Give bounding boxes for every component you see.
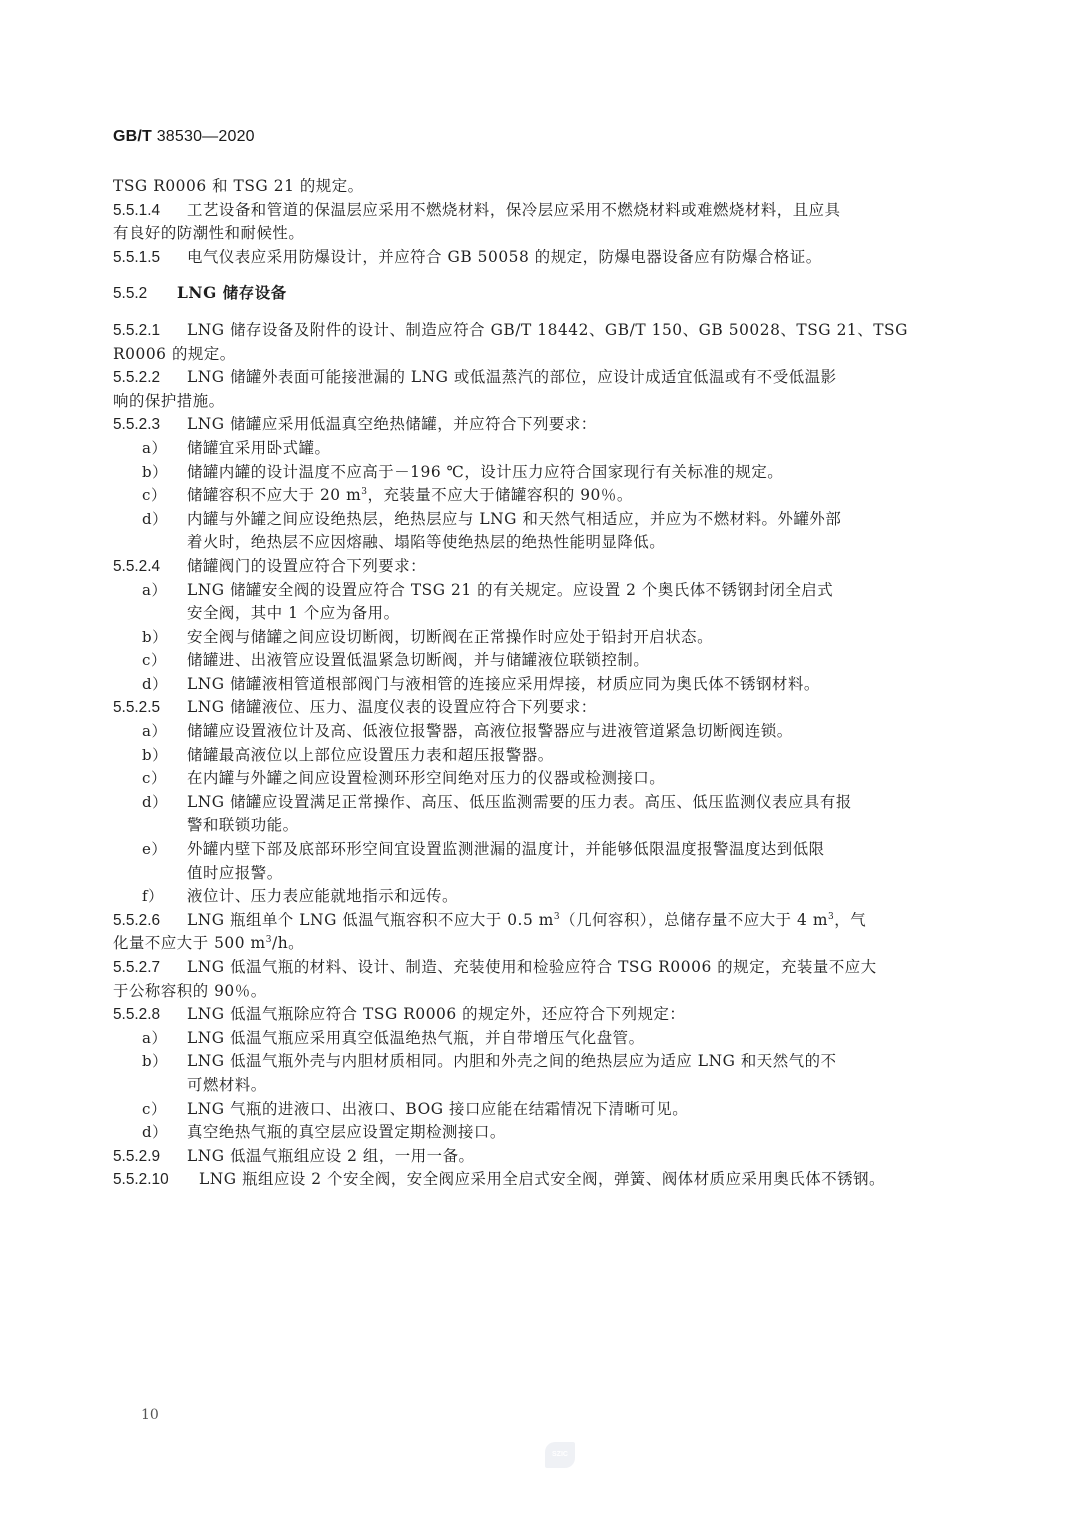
item-label: c） — [142, 649, 187, 673]
clause-5-5-2-8: 5.5.2.8LNG 低温气瓶除应符合 TSG R0006 的规定外，还应符合下… — [113, 1003, 953, 1027]
list-item-c: c）LNG 气瓶的进液口、出液口、BOG 接口应能在结霜情况下清晰可见。 — [113, 1098, 953, 1122]
clause-number: 5.5.2.4 — [113, 555, 187, 579]
item-text: 在内罐与外罐之间应设置检测环形空间绝对压力的仪器或检测接口。 — [187, 769, 665, 787]
item-text: 储罐容积不应大于 20 m — [187, 486, 361, 504]
item-text: LNG 低温气瓶应采用真空低温绝热气瓶，并自带增压气化盘管。 — [187, 1029, 645, 1047]
list-item-b: b）储罐最高液位以上部位应设置压力表和超压报警器。 — [113, 744, 953, 768]
clause-continuation: R0006 的规定。 — [113, 343, 953, 367]
item-label: a） — [142, 579, 187, 603]
standard-number: 38530—2020 — [157, 128, 255, 145]
item-label: b） — [142, 461, 187, 485]
item-label: e） — [142, 838, 187, 862]
item-label: b） — [142, 1050, 187, 1074]
clause-text: LNG 储罐外表面可能接泄漏的 LNG 或低温蒸汽的部位，应设计成适宜低温或有不… — [187, 368, 837, 386]
item-text: LNG 储罐安全阀的设置应符合 TSG 21 的有关规定。应设置 2 个奥氏体不… — [187, 581, 833, 599]
item-label: c） — [142, 484, 187, 508]
clause-number: 5.5.2.7 — [113, 956, 187, 980]
item-text: LNG 低温气瓶外壳与内胆材质相同。内胆和外壳之间的绝热层应为适应 LNG 和天… — [187, 1052, 837, 1070]
item-text: 内罐与外罐之间应设绝热层，绝热层应与 LNG 和天然气相适应，并应为不燃材料。外… — [187, 510, 841, 528]
watermark-logo-icon: SZIC — [545, 1442, 575, 1468]
clause-continuation: 响的保护措施。 — [113, 390, 953, 414]
clause-5-5-2-5: 5.5.2.5LNG 储罐液位、压力、温度仪表的设置应符合下列要求： — [113, 696, 953, 720]
clause-text: LNG 低温气瓶的材料、设计、制造、充装使用和检验应符合 TSG R0006 的… — [187, 958, 877, 976]
clause-5-5-1-4: 5.5.1.4工艺设备和管道的保温层应采用不燃烧材料，保冷层应采用不燃烧材料或难… — [113, 199, 953, 223]
section-number: 5.5.2 — [113, 282, 177, 306]
list-item-f: f）液位计、压力表应能就地指示和远传。 — [113, 885, 953, 909]
section-title: LNG 储存设备 — [177, 284, 287, 302]
clause-number: 5.5.1.5 — [113, 246, 187, 270]
item-label: b） — [142, 744, 187, 768]
clause-5-5-2-6: 5.5.2.6LNG 瓶组单个 LNG 低温气瓶容积不应大于 0.5 m3（几何… — [113, 909, 953, 933]
clause-text: ，气 — [834, 911, 866, 929]
item-continuation: 着火时，绝热层不应因熔融、塌陷等使绝热层的绝热性能明显降低。 — [113, 531, 953, 555]
item-text: 外罐内壁下部及底部环形空间宜设置监测泄漏的温度计，并能够低限温度报警温度达到低限 — [187, 840, 825, 858]
clause-text: /h。 — [272, 934, 304, 952]
item-label: b） — [142, 626, 187, 650]
list-item-b: b）储罐内罐的设计温度不应高于－196 ℃，设计压力应符合国家现行有关标准的规定… — [113, 461, 953, 485]
clause-number: 5.5.2.5 — [113, 696, 187, 720]
item-label: a） — [142, 720, 187, 744]
item-text: 储罐进、出液管应设置低温紧急切断阀，并与储罐液位联锁控制。 — [187, 651, 649, 669]
item-label: a） — [142, 437, 187, 461]
clause-number: 5.5.2.10 — [113, 1168, 199, 1192]
document-body: TSG R0006 和 TSG 21 的规定。 5.5.1.4工艺设备和管道的保… — [113, 175, 953, 1192]
clause-text: 工艺设备和管道的保温层应采用不燃烧材料，保冷层应采用不燃烧材料或难燃烧材料，且应… — [187, 201, 841, 219]
standard-prefix: GB/T — [113, 128, 152, 145]
item-label: d） — [142, 791, 187, 815]
item-text: LNG 气瓶的进液口、出液口、BOG 接口应能在结霜情况下清晰可见。 — [187, 1100, 688, 1118]
item-label: f） — [142, 885, 187, 909]
clause-text: 电气仪表应采用防爆设计，并应符合 GB 50058 的规定，防爆电器设备应有防爆… — [187, 248, 822, 266]
clause-continuation: 化量不应大于 500 m3/h。 — [113, 932, 953, 956]
item-continuation: 警和联锁功能。 — [113, 814, 953, 838]
item-continuation: 安全阀，其中 1 个应为备用。 — [113, 602, 953, 626]
list-item-c: c）储罐容积不应大于 20 m3，充装量不应大于储罐容积的 90％。 — [113, 484, 953, 508]
item-text: 储罐内罐的设计温度不应高于－196 ℃，设计压力应符合国家现行有关标准的规定。 — [187, 463, 783, 481]
clause-text: （几何容积），总储存量不应大于 4 m — [560, 911, 828, 929]
item-text: 储罐应设置液位计及高、低液位报警器，高液位报警器应与进液管道紧急切断阀连锁。 — [187, 722, 793, 740]
item-label: c） — [142, 767, 187, 791]
clause-text: LNG 低温气瓶组应设 2 组，一用一备。 — [187, 1147, 474, 1165]
clause-continuation: 于公称容积的 90％。 — [113, 980, 953, 1004]
item-text: 液位计、压力表应能就地指示和远传。 — [187, 887, 458, 905]
clause-text: 储罐阀门的设置应符合下列要求： — [187, 557, 426, 575]
clause-5-5-2-2: 5.5.2.2LNG 储罐外表面可能接泄漏的 LNG 或低温蒸汽的部位，应设计成… — [113, 366, 953, 390]
item-text: ，充装量不应大于储罐容积的 90％。 — [368, 486, 633, 504]
item-label: d） — [142, 508, 187, 532]
clause-number: 5.5.2.1 — [113, 319, 187, 343]
list-item-d: d）LNG 储罐应设置满足正常操作、高压、低压监测需要的压力表。高压、低压监测仪… — [113, 791, 953, 815]
document-page: GB/T 38530—2020 TSG R0006 和 TSG 21 的规定。 … — [0, 0, 1080, 1527]
clause-text: 化量不应大于 500 m — [113, 934, 266, 952]
page-number: 10 — [141, 1407, 159, 1423]
item-text: LNG 储罐应设置满足正常操作、高压、低压监测需要的压力表。高压、低压监测仪表应… — [187, 793, 852, 811]
list-item-a: a）LNG 低温气瓶应采用真空低温绝热气瓶，并自带增压气化盘管。 — [113, 1027, 953, 1051]
clause-text: LNG 瓶组单个 LNG 低温气瓶容积不应大于 0.5 m — [187, 911, 554, 929]
standard-code-header: GB/T 38530—2020 — [113, 128, 255, 146]
clause-text: LNG 储罐液位、压力、温度仪表的设置应符合下列要求： — [187, 698, 597, 716]
item-text: 储罐宜采用卧式罐。 — [187, 439, 330, 457]
item-text: 真空绝热气瓶的真空层应设置定期检测接口。 — [187, 1123, 506, 1141]
list-item-a: a）储罐宜采用卧式罐。 — [113, 437, 953, 461]
item-label: c） — [142, 1098, 187, 1122]
list-item-a: a）LNG 储罐安全阀的设置应符合 TSG 21 的有关规定。应设置 2 个奥氏… — [113, 579, 953, 603]
item-label: d） — [142, 673, 187, 697]
clause-5-5-2-1: 5.5.2.1LNG 储存设备及附件的设计、制造应符合 GB/T 18442、G… — [113, 319, 953, 343]
clause-5-5-2-3: 5.5.2.3LNG 储罐应采用低温真空绝热储罐，并应符合下列要求： — [113, 413, 953, 437]
list-item-d: d）LNG 储罐液相管道根部阀门与液相管的连接应采用焊接，材质应同为奥氏体不锈钢… — [113, 673, 953, 697]
item-continuation: 可燃材料。 — [113, 1074, 953, 1098]
clause-continuation: 有良好的防潮性和耐候性。 — [113, 222, 953, 246]
clause-5-5-1-5: 5.5.1.5电气仪表应采用防爆设计，并应符合 GB 50058 的规定，防爆电… — [113, 246, 953, 270]
list-item-b: b）LNG 低温气瓶外壳与内胆材质相同。内胆和外壳之间的绝热层应为适应 LNG … — [113, 1050, 953, 1074]
clause-number: 5.5.2.9 — [113, 1145, 187, 1169]
list-item-c: c）储罐进、出液管应设置低温紧急切断阀，并与储罐液位联锁控制。 — [113, 649, 953, 673]
clause-5-5-2-10: 5.5.2.10LNG 瓶组应设 2 个安全阀，安全阀应采用全启式安全阀，弹簧、… — [113, 1168, 953, 1192]
clause-text: LNG 储存设备及附件的设计、制造应符合 GB/T 18442、GB/T 150… — [187, 321, 908, 339]
list-item-d: d）真空绝热气瓶的真空层应设置定期检测接口。 — [113, 1121, 953, 1145]
item-text: 储罐最高液位以上部位应设置压力表和超压报警器。 — [187, 746, 554, 764]
continued-line: TSG R0006 和 TSG 21 的规定。 — [113, 175, 953, 199]
clause-5-5-2-9: 5.5.2.9LNG 低温气瓶组应设 2 组，一用一备。 — [113, 1145, 953, 1169]
item-label: a） — [142, 1027, 187, 1051]
item-text: 安全阀与储罐之间应设切断阀，切断阀在正常操作时应处于铅封开启状态。 — [187, 628, 713, 646]
list-item-e: e）外罐内壁下部及底部环形空间宜设置监测泄漏的温度计，并能够低限温度报警温度达到… — [113, 838, 953, 862]
clause-text: LNG 储罐应采用低温真空绝热储罐，并应符合下列要求： — [187, 415, 597, 433]
item-continuation: 值时应报警。 — [113, 862, 953, 886]
item-text: LNG 储罐液相管道根部阀门与液相管的连接应采用焊接，材质应同为奥氏体不锈钢材料… — [187, 675, 820, 693]
clause-5-5-2-7: 5.5.2.7LNG 低温气瓶的材料、设计、制造、充装使用和检验应符合 TSG … — [113, 956, 953, 980]
clause-5-5-2-4: 5.5.2.4储罐阀门的设置应符合下列要求： — [113, 555, 953, 579]
list-item-c: c）在内罐与外罐之间应设置检测环形空间绝对压力的仪器或检测接口。 — [113, 767, 953, 791]
list-item-b: b）安全阀与储罐之间应设切断阀，切断阀在正常操作时应处于铅封开启状态。 — [113, 626, 953, 650]
clause-text: LNG 瓶组应设 2 个安全阀，安全阀应采用全启式安全阀，弹簧、阀体材质应采用奥… — [199, 1170, 885, 1188]
clause-number: 5.5.2.3 — [113, 413, 187, 437]
list-item-a: a）储罐应设置液位计及高、低液位报警器，高液位报警器应与进液管道紧急切断阀连锁。 — [113, 720, 953, 744]
clause-text: LNG 低温气瓶除应符合 TSG R0006 的规定外，还应符合下列规定： — [187, 1005, 685, 1023]
section-heading-5-5-2: 5.5.2LNG 储存设备 — [113, 282, 953, 306]
list-item-d: d）内罐与外罐之间应设绝热层，绝热层应与 LNG 和天然气相适应，并应为不燃材料… — [113, 508, 953, 532]
clause-number: 5.5.1.4 — [113, 199, 187, 223]
clause-number: 5.5.2.6 — [113, 909, 187, 933]
clause-number: 5.5.2.2 — [113, 366, 187, 390]
item-label: d） — [142, 1121, 187, 1145]
clause-number: 5.5.2.8 — [113, 1003, 187, 1027]
